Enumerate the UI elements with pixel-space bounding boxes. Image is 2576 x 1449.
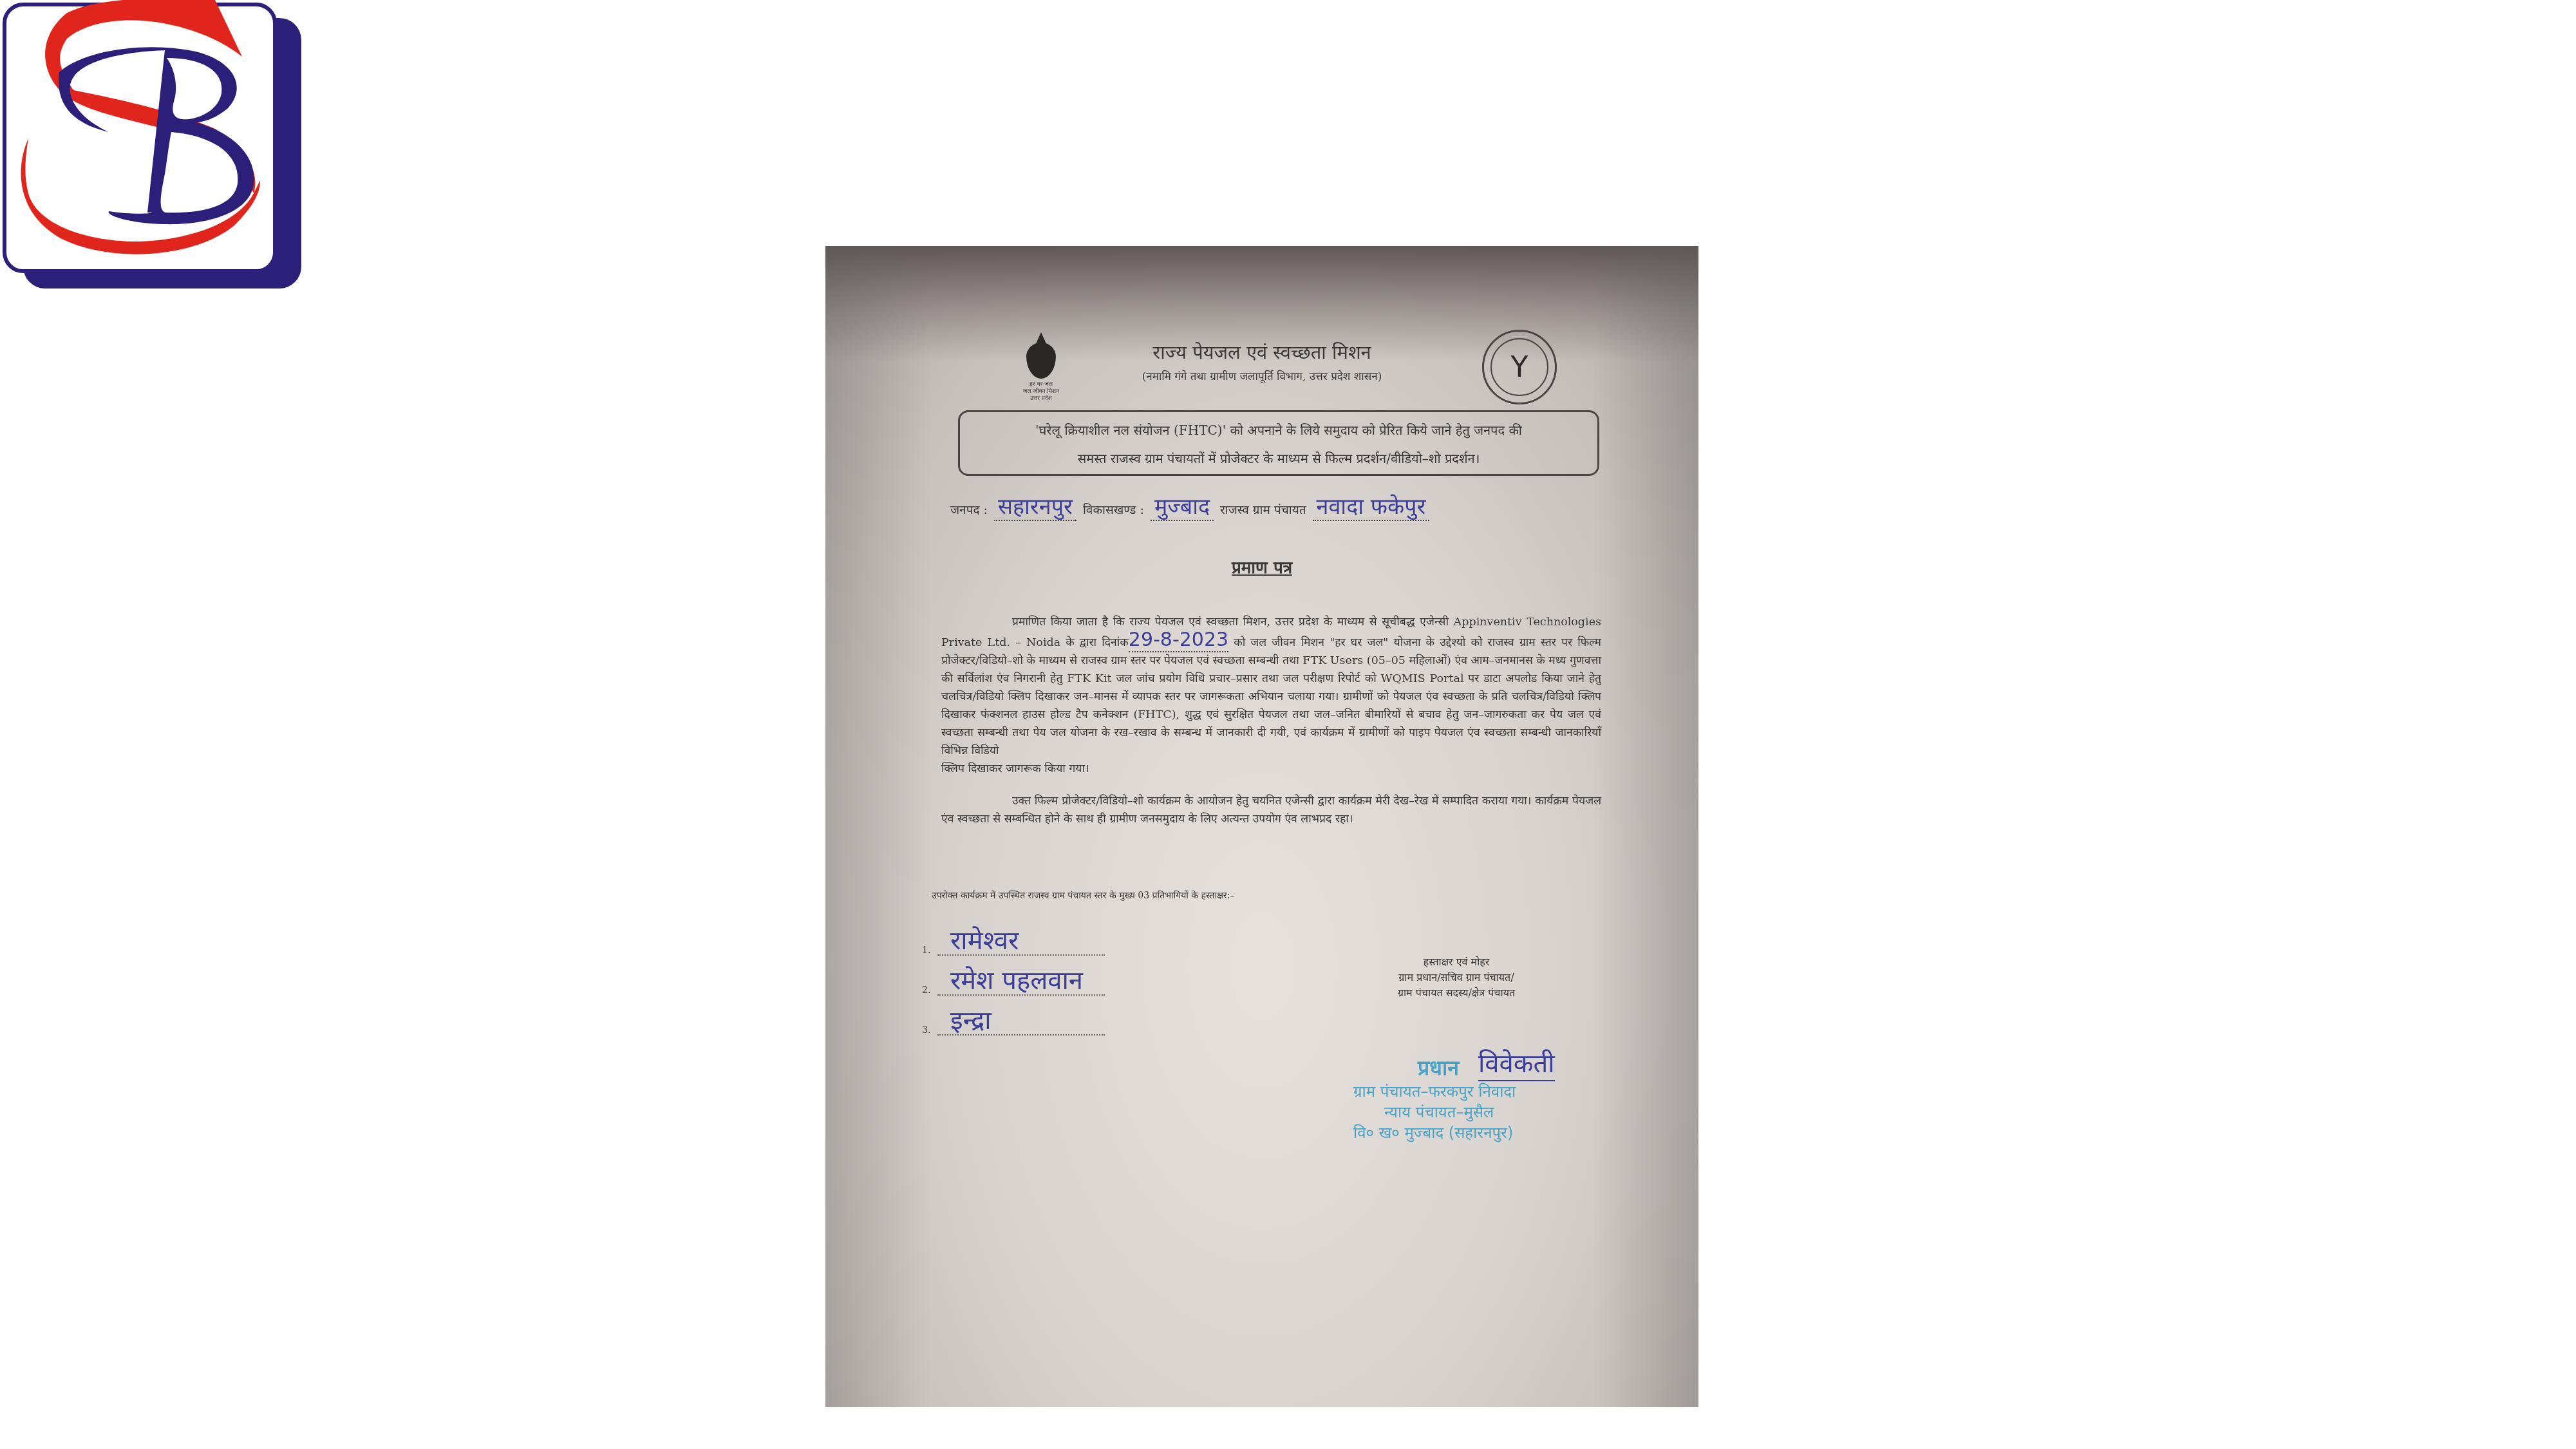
attendee-signature: रमेश पहलवान [950, 961, 1083, 997]
body-paragraph-1: प्रमाणित किया जाता है कि राज्य पेयजल एवं… [941, 613, 1601, 760]
event-date: 29-8-2023 [1129, 629, 1228, 652]
district-value: सहारनपुर [994, 494, 1076, 521]
body-paragraph-1-tail: क्लिप दिखाकर जागरूक किया गया। [941, 760, 1601, 778]
logo-caption: हर घर जल जल जीवन मिशन उत्तर प्रदेश [1022, 381, 1060, 402]
signature-row: 2. रमेश पहलवान [922, 956, 1257, 996]
certificate-body: प्रमाणित किया जाता है कि राज्य पेयजल एवं… [941, 613, 1601, 828]
pradhan-signature: विवेकती [1478, 1045, 1555, 1081]
stamp-role: प्रधान [1418, 1054, 1459, 1081]
attendees-note: उपरोक्त कार्यक्रम में उपस्थित राजस्व ग्र… [932, 890, 1292, 902]
body-paragraph-2: उक्त फिल्म प्रोजेक्टर/विडियो–शो कार्यक्र… [941, 792, 1601, 828]
seal-emblem: Y [1490, 338, 1548, 396]
org-subtitle: (नमामि गंगे तथा ग्रामीण जलापूर्ति विभाग,… [825, 368, 1698, 383]
banner-line-2: समस्त राजस्व ग्राम पंचायतों में प्रोजेक्… [960, 444, 1597, 473]
attendee-signatures: 1. रामेश्वर 2. रमेश पहलवान 3. इन्द्रा [922, 916, 1257, 1036]
brand-logo [0, 0, 303, 291]
pradhan-stamp: प्रधान विवेकती ग्राम पंचायत–फरकपुर निवाद… [1353, 1045, 1624, 1143]
up-government-seal-icon: Y [1482, 330, 1557, 404]
certificate-title: प्रमाण पत्र [825, 555, 1698, 578]
attendee-signature: रामेश्वर [950, 922, 1019, 957]
location-fields: जनपद : सहारनपुर विकासखण्ड : मुज्बाद राजस… [948, 491, 1656, 520]
gram-panchayat-label: राजस्व ग्राम पंचायत [1220, 503, 1306, 517]
district-label: जनपद : [950, 503, 988, 517]
signatory-caption: हस्ताक्षर एवं मोहर ग्राम प्रधान/सचिव ग्र… [1360, 954, 1553, 1001]
gram-panchayat-value: नवादा फकेपुर [1313, 494, 1430, 521]
block-label: विकासखण्ड : [1083, 503, 1144, 517]
block-value: मुज्बाद [1151, 494, 1214, 521]
stamp-line-3: वि० ख० मुज्बाद (सहारनपुर) [1353, 1122, 1624, 1143]
certificate-document: हर घर जल जल जीवन मिशन उत्तर प्रदेश राज्य… [825, 246, 1698, 1407]
banner-line-1: 'घरेलू क्रियाशील नल संयोजन (FHTC)' को अप… [960, 416, 1597, 444]
attendee-signature: इन्द्रा [950, 1001, 992, 1037]
subject-banner: 'घरेलू क्रियाशील नल संयोजन (FHTC)' को अप… [958, 410, 1599, 476]
stamp-line-2: न्याय पंचायत–मुसैल [1353, 1102, 1624, 1122]
org-title: राज्य पेयजल एवं स्वच्छता मिशन [825, 339, 1698, 365]
signature-row: 1. रामेश्वर [922, 916, 1257, 956]
signature-row: 3. इन्द्रा [922, 996, 1257, 1036]
sb-monogram-icon [3, 0, 279, 277]
stamp-line-1: ग्राम पंचायत–फरकपुर निवादा [1353, 1081, 1624, 1102]
